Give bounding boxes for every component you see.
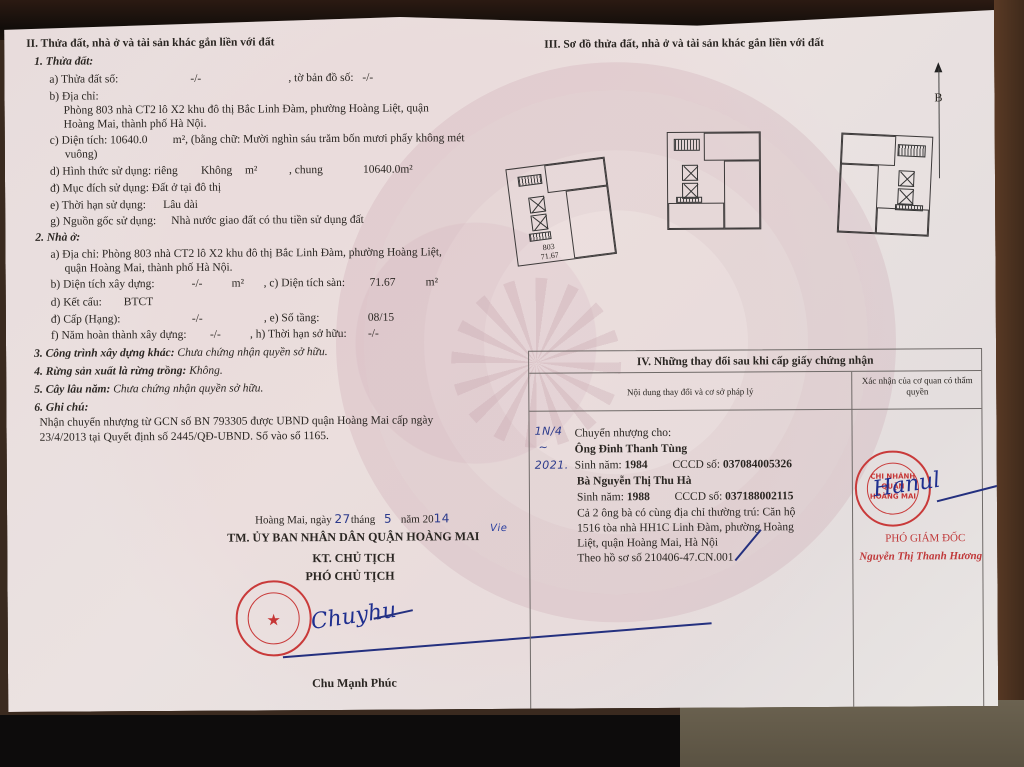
- land-parcel-value: -/-: [190, 72, 201, 86]
- north-arrow-shaft: [938, 68, 940, 178]
- floor-area-value: 71.67: [370, 276, 396, 290]
- issue-day: 27: [334, 512, 350, 526]
- buyers-address-line3: Liệt, quận Hoàng Mai, Hà Nội: [577, 536, 718, 551]
- usage-private-unit: m²: [245, 163, 257, 177]
- notes-heading: 6. Ghi chú:: [34, 401, 88, 413]
- dossier-number: Theo hồ sơ số 210406-47.CN.001: [577, 551, 733, 566]
- usage-term-label: e) Thời hạn sử dụng:: [50, 198, 146, 213]
- margin-note-tilde: ~: [539, 441, 549, 454]
- signer-role1: KT. CHỦ TỊCH: [312, 551, 395, 567]
- notes-line1: Nhận chuyển nhượng từ GCN số BN 793305 đ…: [39, 413, 433, 429]
- buyer2-id-label: CCCD số:: [653, 491, 723, 503]
- transfer-intro: Chuyển nhượng cho:: [575, 426, 672, 441]
- grade-label: đ) Cấp (Hạng):: [51, 312, 121, 326]
- floor-plan-middle: [667, 131, 762, 230]
- buyer2-id: 037188002115: [725, 490, 793, 502]
- land-address-line1: Phòng 803 nhà CT2 lô X2 khu đô thị Bắc L…: [64, 101, 429, 117]
- buyer2-details: Sinh năm: 1988 CCCD số: 037188002115: [577, 489, 794, 504]
- issue-place: Hoàng Mai, ngày: [255, 514, 332, 526]
- background-floor-tile: [680, 700, 1024, 767]
- build-area-value: -/-: [192, 277, 203, 291]
- usage-origin-value: Nhà nước giao đất có thu tiền sử dụng đấ…: [171, 213, 364, 228]
- certificate-page: II. Thửa đất, nhà ở và tài sản khác gắn …: [4, 10, 998, 712]
- usage-shared-label: , chung: [289, 163, 323, 177]
- buyers-address-line2: 1516 tòa nhà HH1C Linh Đàm, phường Hoàng: [577, 520, 794, 535]
- column-content-header: Nội dung thay đổi và cơ sở pháp lý: [529, 372, 851, 412]
- land-address-line2: Hoàng Mai, thành phố Hà Nội.: [64, 117, 207, 132]
- buyer1-id: 037084005326: [723, 458, 792, 470]
- usage-shared-value: 10640.0m²: [363, 163, 413, 177]
- usage-origin-label: g) Nguồn gốc sử dụng:: [50, 214, 156, 229]
- margin-note-date1: 1N/4: [535, 425, 563, 438]
- buyer2-name: Bà Nguyễn Thị Thu Hà: [577, 474, 692, 489]
- land-address-label: b) Địa chỉ:: [49, 89, 98, 103]
- land-heading: 1. Thửa đất:: [34, 55, 93, 67]
- ownership-term-value: -/-: [368, 327, 379, 341]
- issuing-org: TM. ỦY BAN NHÂN DÂN QUẬN HOÀNG MAI: [227, 529, 479, 546]
- buyers-address-line1: Cả 2 ông bà có cùng địa chỉ thường trú: …: [577, 505, 795, 520]
- column-divider: [851, 372, 854, 717]
- buyer1-birth: 1984: [625, 459, 648, 471]
- map-sheet-label: , tờ bản đồ số:: [288, 71, 353, 85]
- notes-line2: 23/4/2013 tại Quyết định số 2445/QĐ-UBND…: [40, 429, 329, 445]
- usage-purpose: đ) Mục đích sử dụng: Đất ở tại đô thị: [50, 181, 221, 196]
- structure-label: d) Kết cấu:: [51, 295, 102, 309]
- land-area-label: c) Diện tích: 10640.0: [50, 133, 148, 148]
- structure-value: BTCT: [124, 295, 153, 309]
- floor-plan-unit-803: 803 71.67: [505, 157, 617, 267]
- month-label: tháng: [351, 514, 376, 526]
- buyer1-birth-label: Sinh năm:: [575, 459, 622, 471]
- org-handwritten-mark: Vie: [490, 523, 507, 534]
- changes-table-header: Nội dung thay đổi và cơ sở pháp lý Xác n…: [529, 371, 981, 412]
- perennial-heading: 5. Cây lâu năm:: [34, 383, 110, 395]
- usage-private-value: Không: [201, 164, 232, 178]
- land-parcel-label: a) Thửa đất số:: [49, 72, 118, 86]
- completion-year-value: -/-: [210, 328, 221, 342]
- section-iv-title: IV. Những thay đổi sau khi cấp giấy chứn…: [529, 349, 981, 374]
- district-seal-stamp: ★: [235, 580, 311, 656]
- north-label: B: [934, 90, 942, 105]
- perennial-value: Chưa chứng nhận quyền sở hữu.: [113, 382, 263, 395]
- storeys-value: 08/15: [368, 311, 394, 325]
- column-confirm-header: Xác nhận của cơ quan có thẩm quyền: [852, 375, 982, 398]
- land-area-words-line2: vuông): [65, 147, 98, 161]
- background-wood-edge: [994, 0, 1024, 767]
- issue-year-suffix: 14: [434, 511, 450, 525]
- other-works-value: Chưa chứng nhận quyền sở hữu.: [177, 346, 327, 359]
- margin-note-year: 2021.: [535, 459, 569, 472]
- land-area-words: m², (bằng chữ: Mười nghìn sáu trăm bốn m…: [173, 131, 465, 147]
- house-address-line1: a) Địa chỉ: Phòng 803 nhà CT2 lô X2 khu …: [50, 245, 442, 261]
- usage-term-value: Lâu dài: [163, 198, 198, 212]
- section-ii-title: II. Thửa đất, nhà ở và tài sản khác gắn …: [26, 36, 274, 50]
- house-heading: 2. Nhà ở:: [35, 232, 80, 244]
- house-address-line2: quận Hoàng Mai, thành phố Hà Nội.: [65, 261, 233, 276]
- build-area-label: b) Diện tích xây dựng:: [51, 277, 155, 292]
- signer-role2: PHÓ CHỦ TỊCH: [305, 569, 394, 585]
- issue-date: Hoàng Mai, ngày 27tháng 5 năm 2014: [255, 511, 450, 527]
- star-icon: ★: [238, 610, 310, 629]
- other-works-heading: 3. Công trình xây dựng khác:: [34, 347, 175, 360]
- completion-year-label: f) Năm hoàn thành xây dựng:: [51, 328, 187, 343]
- year-label: năm 20: [401, 513, 434, 525]
- signer-name: Chu Mạnh Phúc: [312, 676, 397, 692]
- usage-form-label: d) Hình thức sử dụng: riêng: [50, 164, 178, 179]
- floor-area-label: , c) Diện tích sàn:: [264, 276, 346, 290]
- buyer1-name: Ông Đinh Thanh Tùng: [575, 442, 688, 457]
- storeys-label: , e) Số tầng:: [264, 311, 320, 325]
- floor-plan-right: [837, 133, 934, 237]
- grade-value: -/-: [192, 312, 203, 326]
- confirm-role: PHÓ GIÁM ĐỐC: [885, 532, 965, 544]
- floor-area-unit: m²: [426, 275, 438, 289]
- forest-heading: 4. Rừng sản xuất là rừng trồng:: [34, 365, 186, 378]
- map-sheet-value: -/-: [362, 71, 373, 85]
- buyer2-birth: 1988: [627, 491, 650, 503]
- forest-value: Không.: [189, 365, 223, 377]
- build-area-unit: m²: [232, 277, 244, 291]
- buyer2-birth-label: Sinh năm:: [577, 491, 624, 503]
- buyer1-details: Sinh năm: 1984 CCCD số: 037084005326: [575, 457, 792, 472]
- ownership-term-label: , h) Thời hạn sở hữu:: [250, 327, 347, 342]
- issue-month: 5: [378, 512, 398, 526]
- buyer1-id-label: CCCD số:: [650, 459, 720, 471]
- confirm-signer-name: Nguyễn Thị Thanh Hương: [859, 550, 982, 563]
- section-iii-title: III. Sơ đồ thửa đất, nhà ở và tài sản kh…: [544, 37, 824, 51]
